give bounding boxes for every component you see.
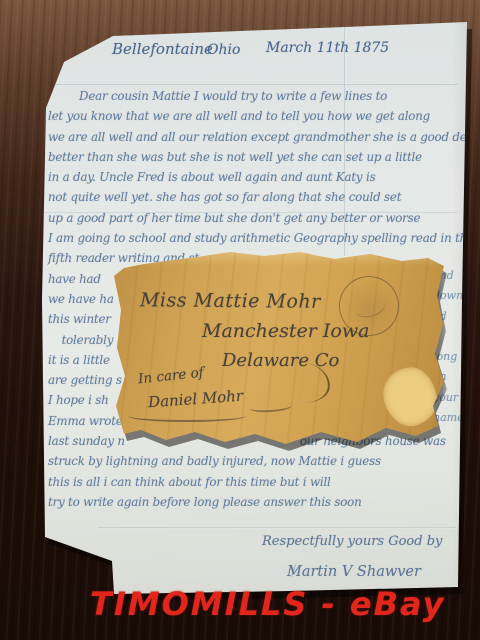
letter-line-left-fragment: last sunday n (48, 431, 125, 451)
ink-flourish (128, 410, 246, 422)
torn-paper-patch (377, 362, 442, 431)
envelope: Miss Mattie Mohr Manchester Iowa Delawar… (114, 250, 444, 448)
envelope-address-name: Miss Mattie Mohr (140, 289, 321, 313)
heading-state: Ohio (207, 42, 240, 58)
heading-city: Bellefontaine (112, 40, 213, 58)
letter-line: up a good part of her time but she don't… (48, 208, 446, 228)
letter-line: I am going to school and study arithmeti… (48, 228, 446, 248)
letter-closing: Respectfully yours Good by (262, 534, 442, 549)
letter-line: not quite well yet. she has got so far a… (48, 187, 446, 207)
letter-line: this is all i can think about for this t… (48, 472, 446, 492)
letter-line: in a day. Uncle Fred is about well again… (48, 167, 446, 187)
letter-line: Dear cousin Mattie I would try to write … (48, 86, 446, 106)
letter-line: better than she was but she is not well … (48, 147, 446, 167)
envelope-address-county: Delaware Co (222, 350, 339, 371)
postmark-stamp-icon (339, 276, 399, 336)
letter-line: struck by lightning and badly injured, n… (48, 451, 446, 471)
heading-date: March 11th 1875 (266, 40, 389, 56)
fold-crease (98, 527, 456, 529)
watermark-text: TIMOMILLS - eBay (90, 585, 445, 623)
letter-line: let you know that we are all well and to… (48, 106, 446, 126)
letter-signature: Martin V Shawver (287, 564, 421, 580)
photo-background: Bellefontaine Ohio March 11th 1875 Dear … (0, 0, 480, 640)
letter-line: we are all well and all our relation exc… (48, 127, 446, 147)
ink-flourish (250, 401, 293, 414)
letter-line: try to write again before long please an… (48, 492, 446, 512)
envelope-care-of-label: In care of (137, 365, 204, 388)
envelope-care-of-name: Daniel Mohr (147, 387, 243, 412)
